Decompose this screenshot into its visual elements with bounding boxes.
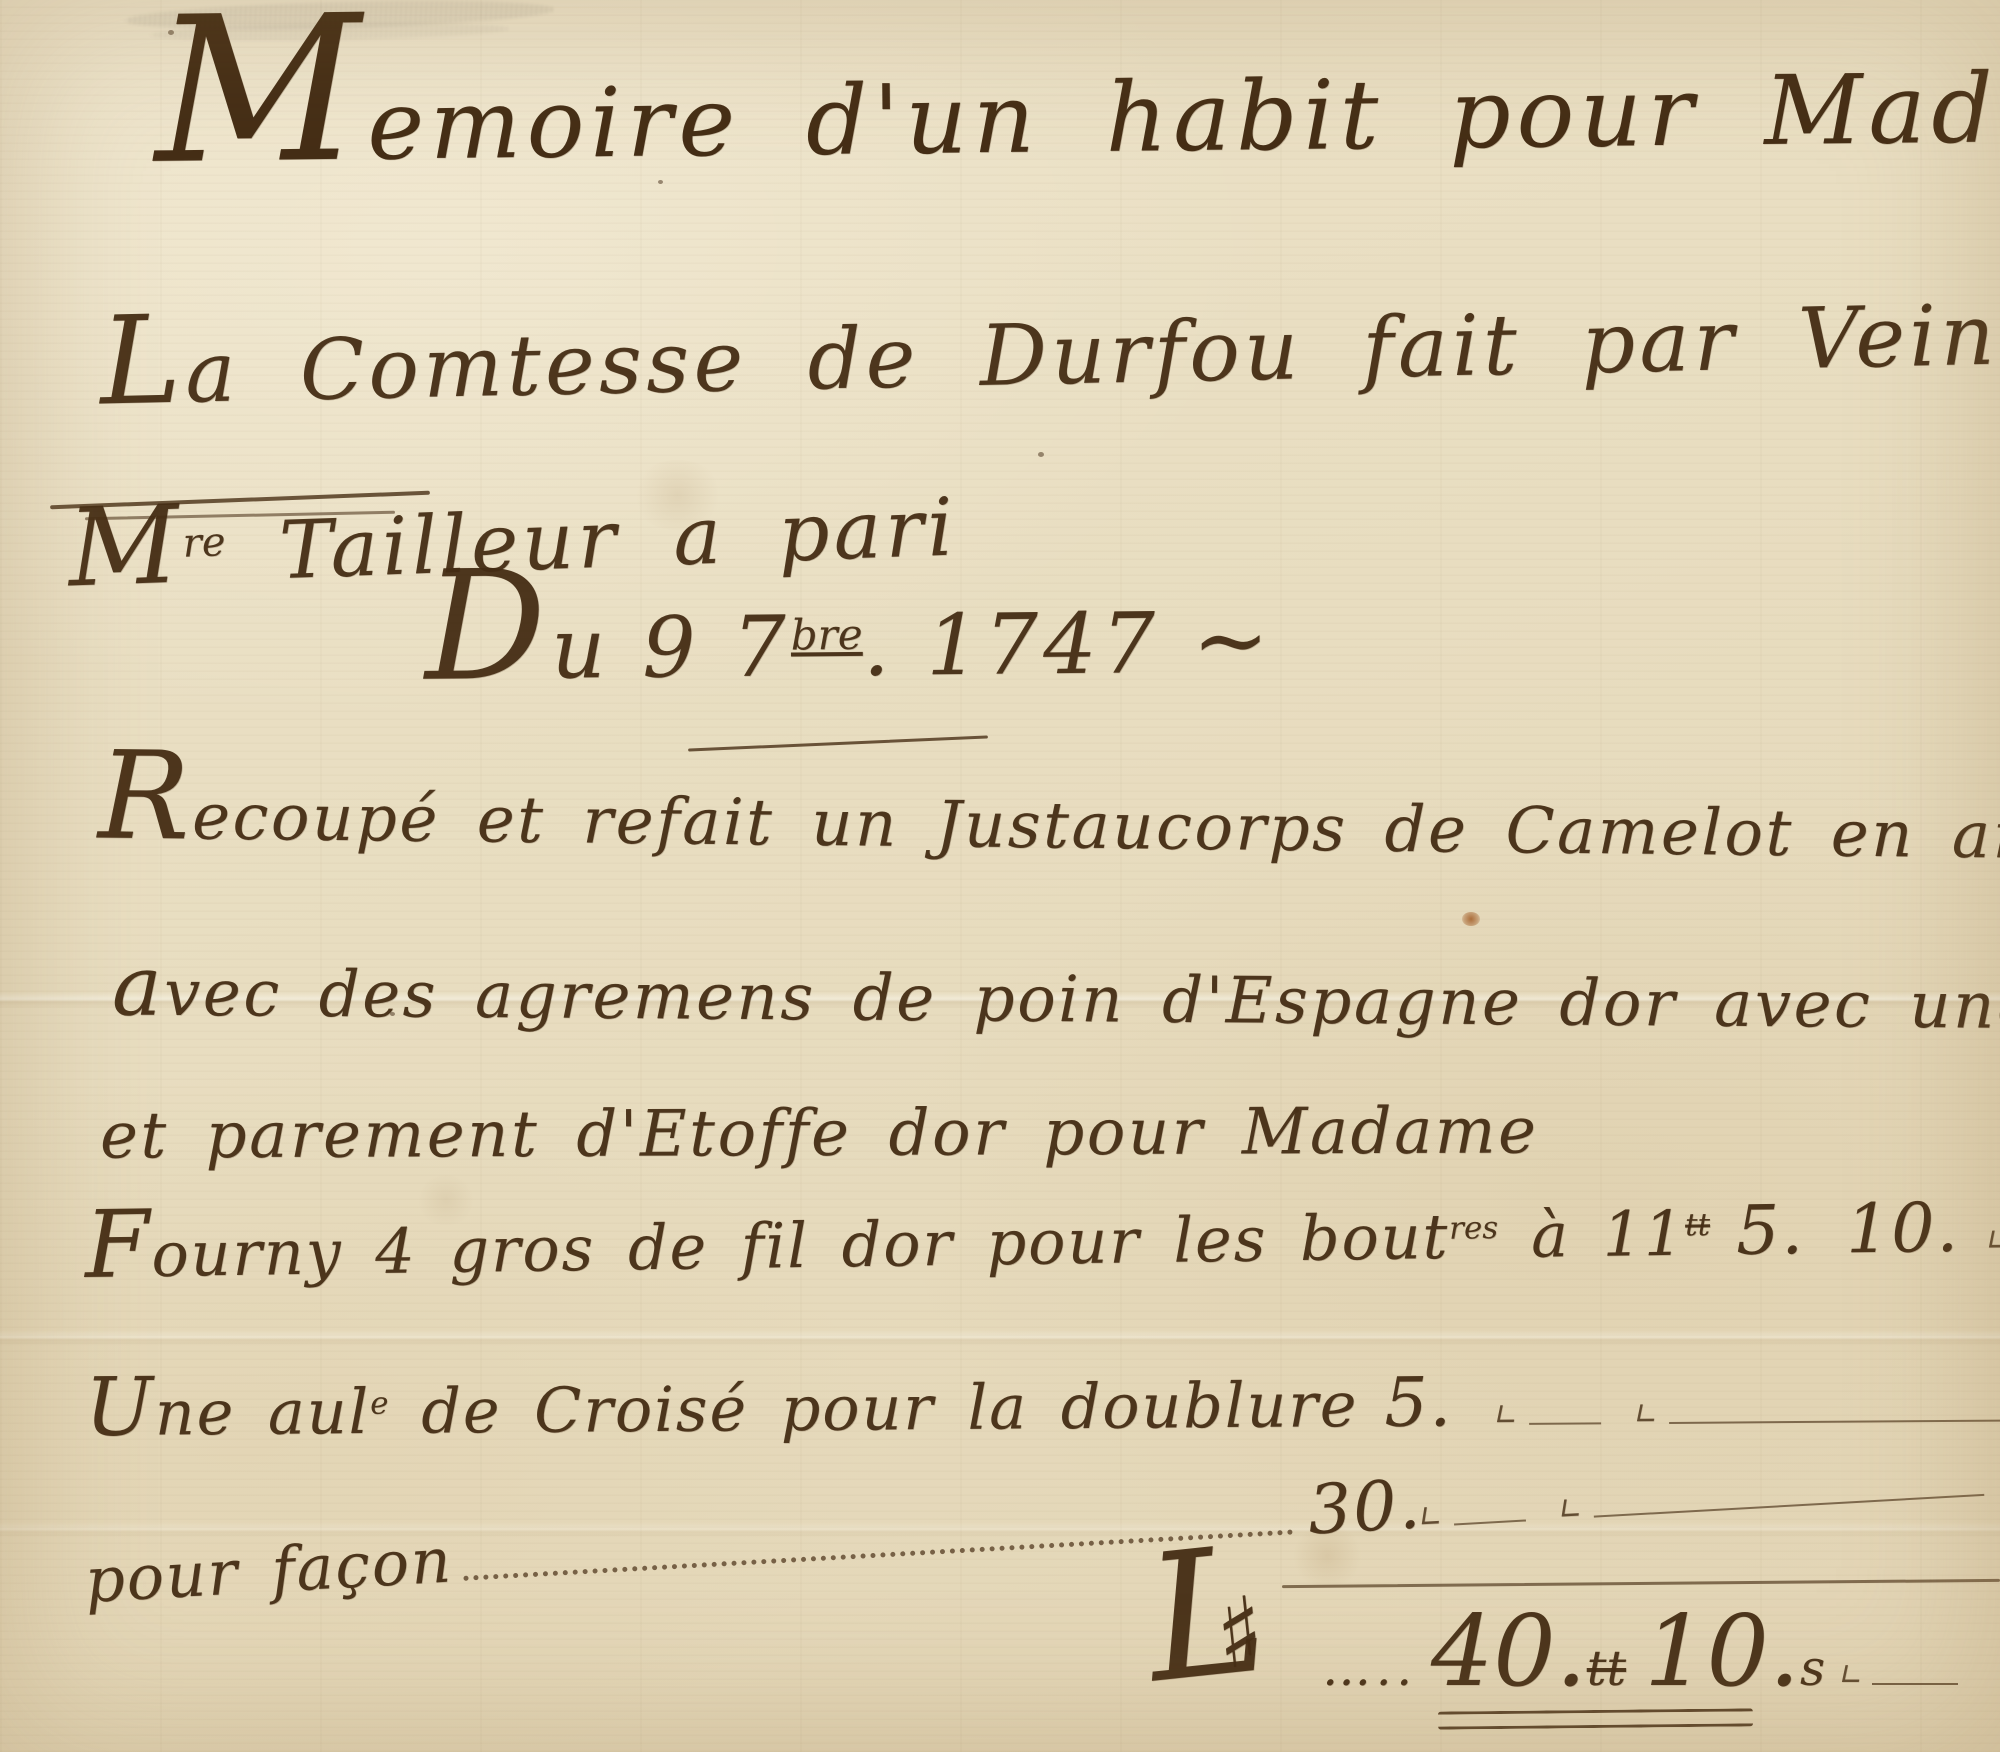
tailor-rest: Tailleur a pari xyxy=(224,481,958,599)
total-sols: 10. xyxy=(1644,1596,1800,1709)
item-1-nil-mark: ∟ xyxy=(1983,1223,2000,1258)
total-livres-sup: tt xyxy=(1587,1641,1626,1697)
tailor-initial: M xyxy=(66,483,185,612)
item-1-amount-livres: 5. xyxy=(1736,1190,1847,1271)
item-3-sols-nil-mark: ∟ xyxy=(1416,1499,1448,1536)
total-leader-dots: ….. xyxy=(1322,1641,1417,1697)
total-tail-rule xyxy=(1872,1683,1958,1685)
item-1-desc-sup: res xyxy=(1449,1210,1499,1247)
item-2-amount-livres: 5. xyxy=(1384,1363,1495,1443)
date-line: Du 9 7bre. 1747 ~ xyxy=(425,586,1270,700)
item-1-desc-cont: à 11 xyxy=(1498,1197,1686,1273)
item-2-amount-deniers: ∟ xyxy=(1634,1394,2000,1432)
date-underline-flourish xyxy=(688,735,988,751)
item-2-sols-nil-mark: ∟ xyxy=(1491,1398,1525,1433)
item-3-amount-sols: ∟ xyxy=(1418,1493,1560,1536)
item-1-desc-text: Fourny 4 gros de fil dor pour les bout xyxy=(85,1200,1450,1292)
date-year: . 1747 xyxy=(862,594,1192,695)
ink-speck-2 xyxy=(1038,452,1044,457)
recipient-line: La Comtesse de Durfou fait par Veinere xyxy=(99,284,2000,424)
item-2-amount-sols: ∟ xyxy=(1494,1397,1634,1433)
item-3-deniers-nil-rule xyxy=(1594,1494,1985,1518)
manuscript-sheet: Memoire d'un habit pour Madame La Comtes… xyxy=(0,0,2000,1752)
total-nil-mark: ∟ xyxy=(1835,1659,1867,1694)
rust-spot xyxy=(1462,912,1480,926)
date-month-sup: bre xyxy=(791,610,863,660)
date-flourish: ~ xyxy=(1191,585,1269,694)
item-2-desc: Une aule de Croisé pour la doublure xyxy=(85,1368,1359,1450)
item-1-amount-deniers: ∟ xyxy=(1986,1217,2000,1258)
item-2-deniers-nil-rule xyxy=(1669,1419,2000,1424)
tailor-abbrev-sup: re xyxy=(182,519,226,566)
total-rule-top xyxy=(1282,1579,2000,1588)
item-3-sols-nil-rule xyxy=(1454,1519,1526,1525)
date-lead: Du 9 7 xyxy=(425,597,792,698)
total-sols-sup: s xyxy=(1800,1641,1825,1697)
item-2-desc-cont: de Croisé pour la doublure xyxy=(388,1368,1358,1448)
paper-crease-2 xyxy=(0,1330,2000,1346)
item-3-amount-livres: 30. xyxy=(1306,1466,1420,1551)
bill-item-row-2: Une aule de Croisé pour la doublure 5. ∟… xyxy=(85,1360,1991,1452)
total-livres: 40. xyxy=(1431,1596,1587,1709)
total-amount-line: ….. 40. tt 10. s ∟ xyxy=(1322,1596,2000,1709)
item-3-deniers-nil-mark: ∟ xyxy=(1556,1491,1588,1528)
item-2-sols-nil-rule xyxy=(1529,1422,1601,1425)
item-2-deniers-nil-mark: ∟ xyxy=(1631,1397,1665,1432)
item-1-desc: Fourny 4 gros de fil dor pour les boutre… xyxy=(85,1196,1711,1292)
item-3-desc: pour façon xyxy=(83,1524,454,1617)
bill-item-row-1: Fourny 4 gros de fil dor pour les boutre… xyxy=(84,1188,1990,1294)
total-currency-symbol: L♯ xyxy=(1139,1523,1269,1709)
item-2-desc-sup: e xyxy=(370,1386,389,1422)
item-1-unit-sup: tt xyxy=(1685,1207,1710,1243)
body-line-3: et parement d'Etoffe dor pour Madame xyxy=(100,1095,1539,1174)
item-2-desc-text: Une aul xyxy=(85,1375,371,1450)
item-1-amount-sols: 10. xyxy=(1846,1188,1987,1269)
body-line-1: Recoupé et refait un Justaucorps de Came… xyxy=(98,780,2000,877)
item-3-amount-deniers: ∟ xyxy=(1557,1469,1988,1528)
ink-speck-3 xyxy=(658,180,663,184)
total-double-rule xyxy=(1438,1708,1753,1729)
body-line-2: avec des agremens de poin d'Espagne dor … xyxy=(112,958,2000,1047)
title-line: Memoire d'un habit pour Madame xyxy=(154,51,2000,183)
bill-item-row-3: pour façon 30. ∟ ∟ xyxy=(83,1434,1989,1619)
